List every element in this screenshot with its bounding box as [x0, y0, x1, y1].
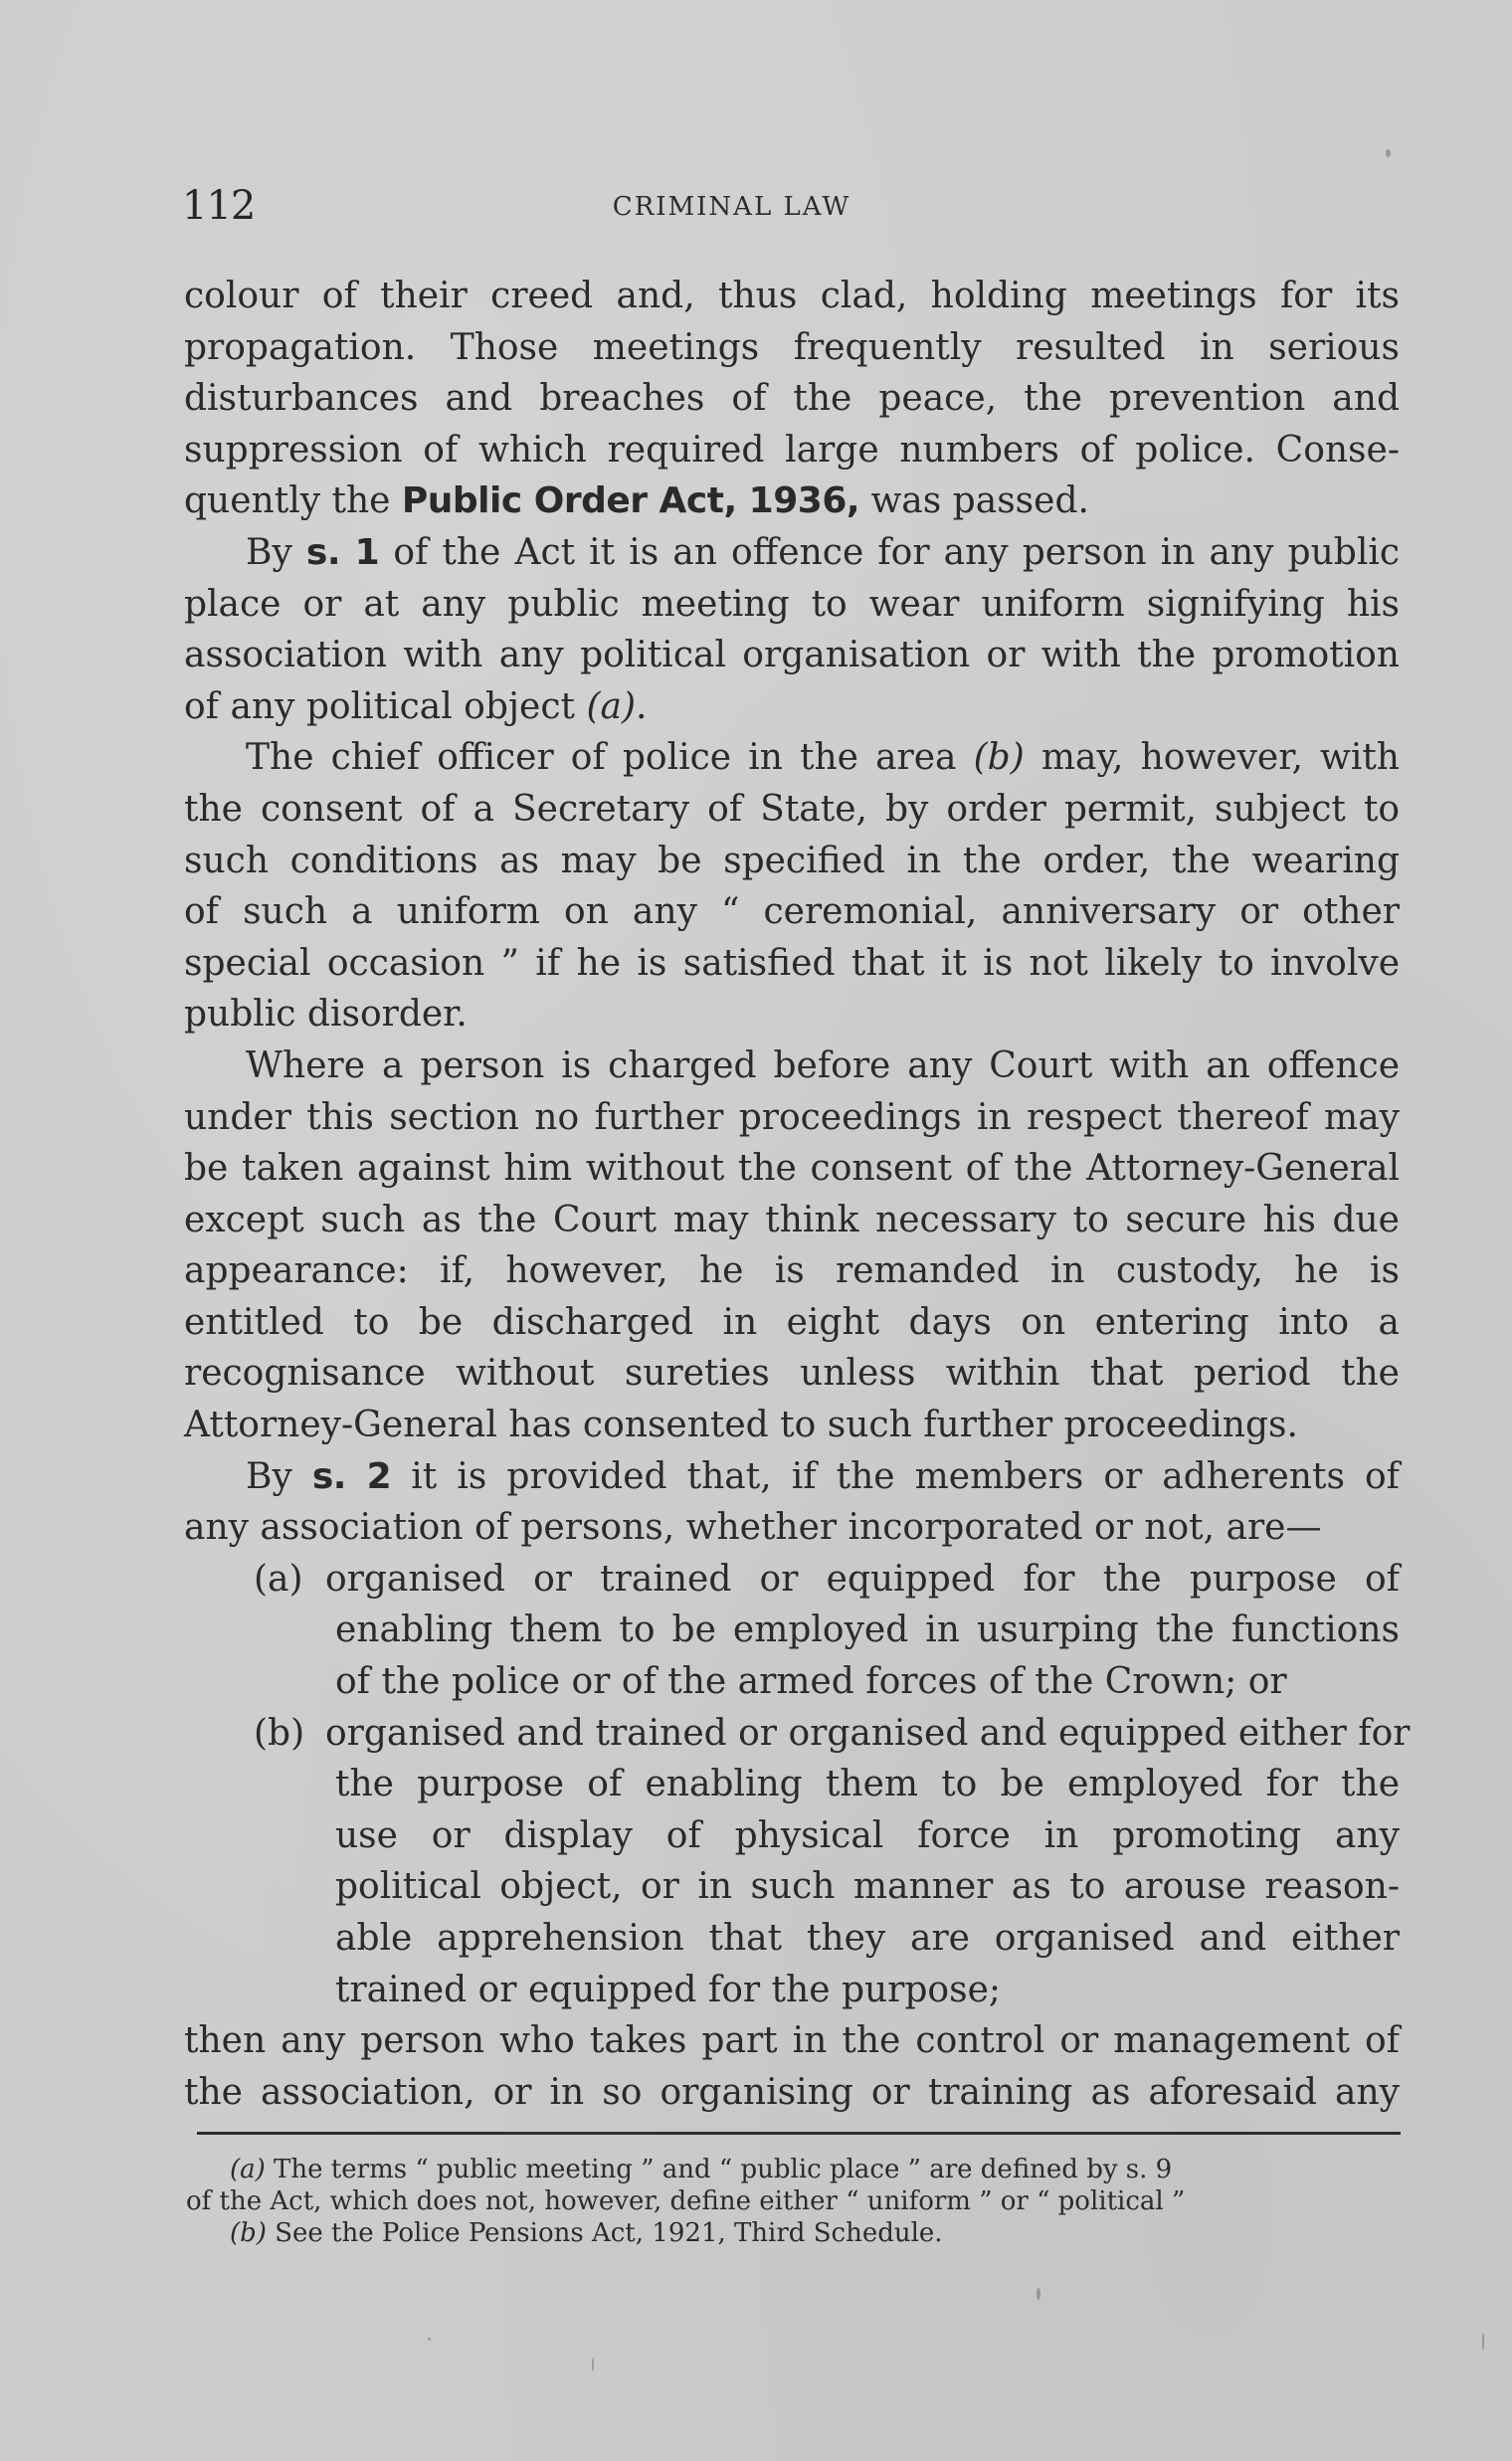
paper-speck	[592, 2358, 594, 2371]
footnote-text: The terms “ public meeting ” and “ publi…	[266, 2155, 1172, 2184]
footnote-label: (b)	[230, 2218, 267, 2248]
section-reference: s. 2	[312, 1456, 391, 1497]
text-line: recognisance without sureties unless wit…	[184, 1348, 1400, 1400]
text-fragment: quently the	[184, 480, 402, 521]
text-line: By s. 2 it is provided that, if the memb…	[184, 1451, 1400, 1503]
text-line: the purpose of enabling them to be emplo…	[335, 1759, 1400, 1810]
paper-speck	[1482, 2333, 1484, 2351]
text-line: under this section no further proceeding…	[184, 1092, 1400, 1144]
text-line: disturbances and breaches of the peace, …	[184, 373, 1400, 425]
text-line: organised or trained or equipped for the…	[325, 1554, 1400, 1606]
text-fragment: By	[246, 532, 306, 573]
paragraph-1: colour of their creed and, thus clad, ho…	[184, 271, 1400, 527]
text-line: quently the Public Order Act, 1936, was …	[184, 475, 1400, 527]
paper-speck	[428, 2338, 431, 2341]
text-line: colour of their creed and, thus clad, ho…	[184, 271, 1400, 322]
text-line: then any person who takes part in the co…	[184, 2015, 1400, 2067]
act-citation: Public Order Act, 1936,	[402, 480, 859, 521]
text-line: such conditions as may be specified in t…	[184, 836, 1400, 887]
clause-label: (b)	[254, 1708, 304, 1760]
footnote-rule	[197, 2132, 1401, 2135]
text-line: suppression of which required large numb…	[184, 425, 1400, 476]
footnote-b: (b) See the Police Pensions Act, 1921, T…	[186, 2217, 1402, 2249]
clause-a: (a) organised or trained or equipped for…	[184, 1554, 1400, 1708]
footnote-ref-b[interactable]: (b)	[974, 737, 1025, 778]
text-line: the consent of a Secretary of State, by …	[184, 784, 1400, 836]
clause-label: (a)	[254, 1554, 303, 1606]
paragraph-2: By s. 1 of the Act it is an offence for …	[184, 527, 1400, 732]
text-fragment: of the Act it is an offence for any pers…	[379, 532, 1400, 573]
footnote-a: (a) The terms “ public meeting ” and “ p…	[186, 2154, 1402, 2185]
text-line: association with any political organisat…	[184, 630, 1400, 681]
text-line: organised and trained or organised and e…	[325, 1708, 1400, 1760]
text-line: By s. 1 of the Act it is an offence for …	[184, 527, 1400, 579]
text-fragment: was passed.	[859, 480, 1089, 521]
text-line: enabling them to be employed in usurping…	[335, 1605, 1400, 1656]
paper-speck	[1037, 2288, 1040, 2300]
text-line: public disorder.	[184, 989, 1400, 1041]
text-line: special occasion ” if he is satisfied th…	[184, 938, 1400, 990]
text-line: any association of persons, whether inco…	[184, 1502, 1400, 1554]
footnote-text: See the Police Pensions Act, 1921, Third…	[267, 2218, 943, 2248]
text-line: able apprehension that they are organise…	[335, 1913, 1400, 1965]
text-fragment: it is provided that, if the members or a…	[391, 1456, 1400, 1497]
footnote-label: (a)	[230, 2155, 266, 2184]
clause-b: (b) organised and trained or organised a…	[184, 1708, 1400, 2016]
text-line: be taken against him without the consent…	[184, 1143, 1400, 1195]
text-line: of the police or of the armed forces of …	[335, 1656, 1400, 1708]
text-fragment: may, however, with	[1025, 737, 1400, 778]
text-line: except such as the Court may think neces…	[184, 1195, 1400, 1246]
body-text: colour of their creed and, thus clad, ho…	[184, 271, 1400, 2118]
text-line: Attorney-General has consented to such f…	[184, 1400, 1400, 1451]
paragraph-6: then any person who takes part in the co…	[184, 2015, 1400, 2118]
text-fragment: By	[246, 1456, 312, 1497]
paragraph-3: The chief officer of police in the area …	[184, 732, 1400, 1041]
text-fragment: .	[636, 686, 647, 727]
text-line: of any political object (a).	[184, 681, 1400, 733]
text-line: trained or equipped for the purpose;	[335, 1965, 1400, 2016]
text-line: Where a person is charged before any Cou…	[184, 1041, 1400, 1092]
text-line: of such a uniform on any “ ceremonial, a…	[184, 886, 1400, 938]
running-head: 112 CRIMINAL LAW	[182, 181, 1401, 231]
text-fragment: of any political object	[184, 686, 586, 727]
text-line: entitled to be discharged in eight days …	[184, 1297, 1400, 1349]
footnote-a-continued: of the Act, which does not, however, def…	[186, 2185, 1402, 2217]
text-line: use or display of physical force in prom…	[335, 1810, 1400, 1862]
text-line: The chief officer of police in the area …	[184, 732, 1400, 784]
text-line: propagation. Those meetings frequently r…	[184, 322, 1400, 374]
text-line: place or at any public meeting to wear u…	[184, 579, 1400, 631]
text-line: the association, or in so organising or …	[184, 2067, 1400, 2119]
text-line: appearance: if, however, he is remanded …	[184, 1245, 1400, 1297]
book-page: 112 CRIMINAL LAW colour of their creed a…	[0, 0, 1512, 2461]
paragraph-5: By s. 2 it is provided that, if the memb…	[184, 1451, 1400, 1554]
footnotes: (a) The terms “ public meeting ” and “ p…	[186, 2154, 1402, 2249]
text-fragment: The chief officer of police in the area	[246, 737, 974, 778]
footnote-ref-a[interactable]: (a)	[586, 686, 636, 727]
paragraph-4: Where a person is charged before any Cou…	[184, 1041, 1400, 1451]
paper-speck	[1386, 149, 1391, 157]
running-title: CRIMINAL LAW	[182, 187, 1401, 227]
section-reference: s. 1	[306, 532, 379, 573]
text-line: political object, or in such manner as t…	[335, 1861, 1400, 1913]
